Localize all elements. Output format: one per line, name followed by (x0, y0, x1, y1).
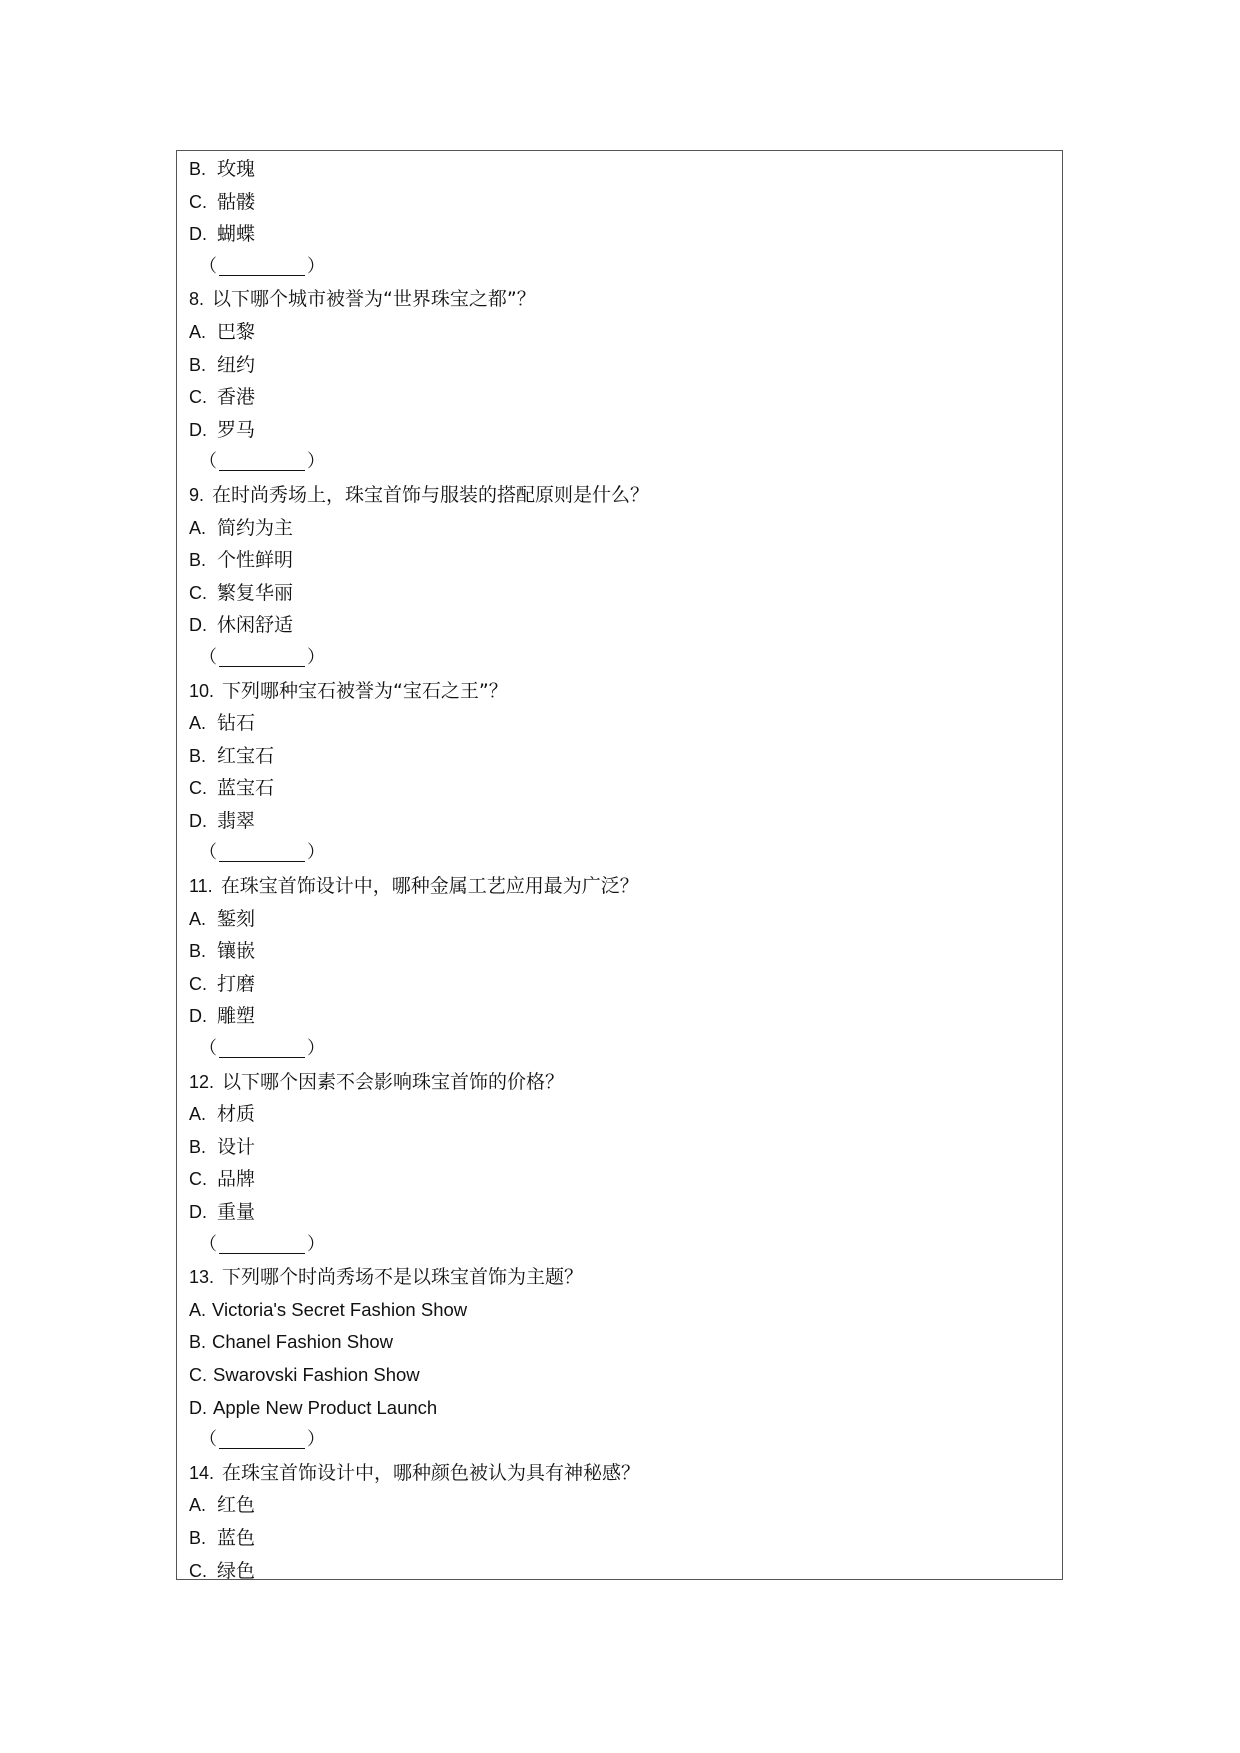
option-line: B.设计 (189, 1131, 1052, 1164)
question-11: 11.在珠宝首饰设计中，哪种金属工艺应用最为广泛？ (189, 870, 1052, 903)
option-label: B. (189, 1522, 217, 1555)
question-number: 9. (189, 485, 204, 505)
option-line: A.錾刻 (189, 903, 1052, 936)
option-text: 翡翠 (217, 810, 255, 832)
option-text: 绿色 (217, 1560, 255, 1582)
option-text: Chanel Fashion Show (212, 1331, 393, 1352)
question-13: 13.下列哪个时尚秀场不是以珠宝首饰为主题？ (189, 1261, 1052, 1294)
answer-underline[interactable] (219, 1037, 305, 1058)
option-line: A.钻石 (189, 707, 1052, 740)
option-label: B. (189, 544, 217, 577)
question-9: 9.在时尚秀场上，珠宝首饰与服装的搭配原则是什么？ (189, 479, 1052, 512)
answer-blank[interactable]: （） (189, 837, 1052, 870)
answer-underline[interactable] (219, 646, 305, 667)
question-10: 10.下列哪种宝石被誉为“宝石之王”？ (189, 675, 1052, 708)
option-line: C.绿色 (189, 1555, 1052, 1588)
answer-blank[interactable]: （） (189, 1033, 1052, 1066)
option-line: B.玫瑰 (189, 153, 1052, 186)
answer-underline[interactable] (219, 1428, 305, 1449)
option-label: A. (189, 316, 217, 349)
paren-close: ） (307, 1038, 325, 1059)
option-label: C. (189, 1359, 207, 1392)
option-text: 钻石 (217, 712, 255, 734)
paren-close: ） (307, 842, 325, 863)
option-text: 錾刻 (217, 908, 255, 930)
option-line: A.Victoria's Secret Fashion Show (189, 1294, 1052, 1327)
question-8: 8.以下哪个城市被誉为“世界珠宝之都”？ (189, 283, 1052, 316)
option-text: 品牌 (217, 1168, 255, 1190)
question-text: 下列哪个时尚秀场不是以珠宝首饰为主题？ (222, 1266, 583, 1288)
option-text: Victoria's Secret Fashion Show (212, 1299, 467, 1320)
option-line: D.重量 (189, 1196, 1052, 1229)
option-text: 镶嵌 (217, 940, 255, 962)
question-text: 在时尚秀场上，珠宝首饰与服装的搭配原则是什么？ (212, 484, 649, 506)
option-line: B.Chanel Fashion Show (189, 1326, 1052, 1359)
question-frame: B.玫瑰 C.骷髅 D.蝴蝶 （） 8.以下哪个城市被誉为“世界珠宝之都”？ A… (176, 150, 1063, 1580)
paren-close: ） (307, 256, 325, 277)
answer-blank[interactable]: （） (189, 1424, 1052, 1457)
option-label: B. (189, 935, 217, 968)
option-text: 红色 (217, 1494, 255, 1516)
option-text: 设计 (217, 1136, 255, 1158)
option-line: A.巴黎 (189, 316, 1052, 349)
option-line: C.品牌 (189, 1163, 1052, 1196)
question-text: 下列哪种宝石被誉为“宝石之王”？ (222, 680, 508, 702)
option-text: 个性鲜明 (217, 549, 293, 571)
option-line: A.简约为主 (189, 512, 1052, 545)
question-number: 12. (189, 1072, 214, 1092)
option-text: 重量 (217, 1201, 255, 1223)
question-12: 12.以下哪个因素不会影响珠宝首饰的价格？ (189, 1066, 1052, 1099)
question-number: 10. (189, 681, 214, 701)
option-line: D.Apple New Product Launch (189, 1392, 1052, 1425)
answer-blank[interactable]: （） (189, 251, 1052, 284)
option-label: A. (189, 707, 217, 740)
option-line: C.Swarovski Fashion Show (189, 1359, 1052, 1392)
option-text: 打磨 (217, 973, 255, 995)
option-label: D. (189, 414, 217, 447)
question-number: 14. (189, 1463, 214, 1483)
answer-underline[interactable] (219, 841, 305, 862)
option-label: D. (189, 805, 217, 838)
option-text: 红宝石 (217, 745, 274, 767)
paren-close: ） (307, 1429, 325, 1450)
option-line: C.蓝宝石 (189, 772, 1052, 805)
option-line: C.骷髅 (189, 186, 1052, 219)
option-line: A.材质 (189, 1098, 1052, 1131)
paren-open: （ (199, 1038, 217, 1059)
question-list: B.玫瑰 C.骷髅 D.蝴蝶 （） 8.以下哪个城市被誉为“世界珠宝之都”？ A… (189, 153, 1052, 1587)
option-text: Apple New Product Launch (213, 1397, 437, 1418)
option-text: 蓝宝石 (217, 777, 274, 799)
option-line: D.蝴蝶 (189, 218, 1052, 251)
paren-open: （ (199, 256, 217, 277)
option-line: B.镶嵌 (189, 935, 1052, 968)
question-number: 8. (189, 289, 204, 309)
option-text: 休闲舒适 (217, 614, 293, 636)
question-14: 14.在珠宝首饰设计中，哪种颜色被认为具有神秘感？ (189, 1457, 1052, 1490)
option-text: 材质 (217, 1103, 255, 1125)
answer-underline[interactable] (219, 255, 305, 276)
paren-close: ） (307, 647, 325, 668)
option-text: 香港 (217, 386, 255, 408)
option-line: C.香港 (189, 381, 1052, 414)
option-text: 雕塑 (217, 1005, 255, 1027)
paren-open: （ (199, 647, 217, 668)
option-line: B.纽约 (189, 349, 1052, 382)
question-text: 以下哪个城市被誉为“世界珠宝之都”？ (212, 288, 536, 310)
paren-open: （ (199, 451, 217, 472)
option-label: A. (189, 512, 217, 545)
answer-blank[interactable]: （） (189, 1229, 1052, 1262)
option-line: D.雕塑 (189, 1000, 1052, 1033)
option-line: B.个性鲜明 (189, 544, 1052, 577)
option-text: Swarovski Fashion Show (213, 1364, 420, 1385)
option-label: A. (189, 1294, 206, 1327)
option-label: B. (189, 349, 217, 382)
option-text: 简约为主 (217, 517, 293, 539)
answer-blank[interactable]: （） (189, 446, 1052, 479)
option-line: D.罗马 (189, 414, 1052, 447)
option-label: D. (189, 1392, 207, 1425)
option-label: C. (189, 1163, 217, 1196)
option-label: D. (189, 218, 217, 251)
option-text: 巴黎 (217, 321, 255, 343)
paren-open: （ (199, 1234, 217, 1255)
option-label: A. (189, 1098, 217, 1131)
option-line: D.翡翠 (189, 805, 1052, 838)
option-label: B. (189, 1326, 206, 1359)
answer-underline[interactable] (219, 1233, 305, 1254)
option-label: B. (189, 740, 217, 773)
question-number: 11. (189, 876, 213, 896)
option-label: C. (189, 1555, 217, 1588)
paren-open: （ (199, 842, 217, 863)
option-line: C.繁复华丽 (189, 577, 1052, 610)
option-label: C. (189, 186, 217, 219)
option-text: 罗马 (217, 419, 255, 441)
option-text: 蝴蝶 (217, 223, 255, 245)
option-label: B. (189, 153, 217, 186)
paren-close: ） (307, 1234, 325, 1255)
paren-open: （ (199, 1429, 217, 1450)
question-text: 在珠宝首饰设计中，哪种金属工艺应用最为广泛？ (221, 875, 639, 897)
option-text: 繁复华丽 (217, 582, 293, 604)
option-line: A.红色 (189, 1489, 1052, 1522)
option-label: D. (189, 1196, 217, 1229)
option-label: A. (189, 903, 217, 936)
option-text: 骷髅 (217, 191, 255, 213)
option-label: C. (189, 772, 217, 805)
answer-blank[interactable]: （） (189, 642, 1052, 675)
question-number: 13. (189, 1267, 214, 1287)
option-label: C. (189, 381, 217, 414)
answer-underline[interactable] (219, 450, 305, 471)
option-text: 蓝色 (217, 1527, 255, 1549)
question-text: 以下哪个因素不会影响珠宝首饰的价格？ (222, 1071, 564, 1093)
option-line: B.红宝石 (189, 740, 1052, 773)
option-line: B.蓝色 (189, 1522, 1052, 1555)
paren-close: ） (307, 451, 325, 472)
option-label: A. (189, 1489, 217, 1522)
option-line: D.休闲舒适 (189, 609, 1052, 642)
option-label: C. (189, 968, 217, 1001)
option-text: 纽约 (217, 354, 255, 376)
option-line: C.打磨 (189, 968, 1052, 1001)
question-text: 在珠宝首饰设计中，哪种颜色被认为具有神秘感？ (222, 1462, 640, 1484)
option-text: 玫瑰 (217, 158, 255, 180)
option-label: C. (189, 577, 217, 610)
option-label: D. (189, 609, 217, 642)
option-label: D. (189, 1000, 217, 1033)
option-label: B. (189, 1131, 217, 1164)
